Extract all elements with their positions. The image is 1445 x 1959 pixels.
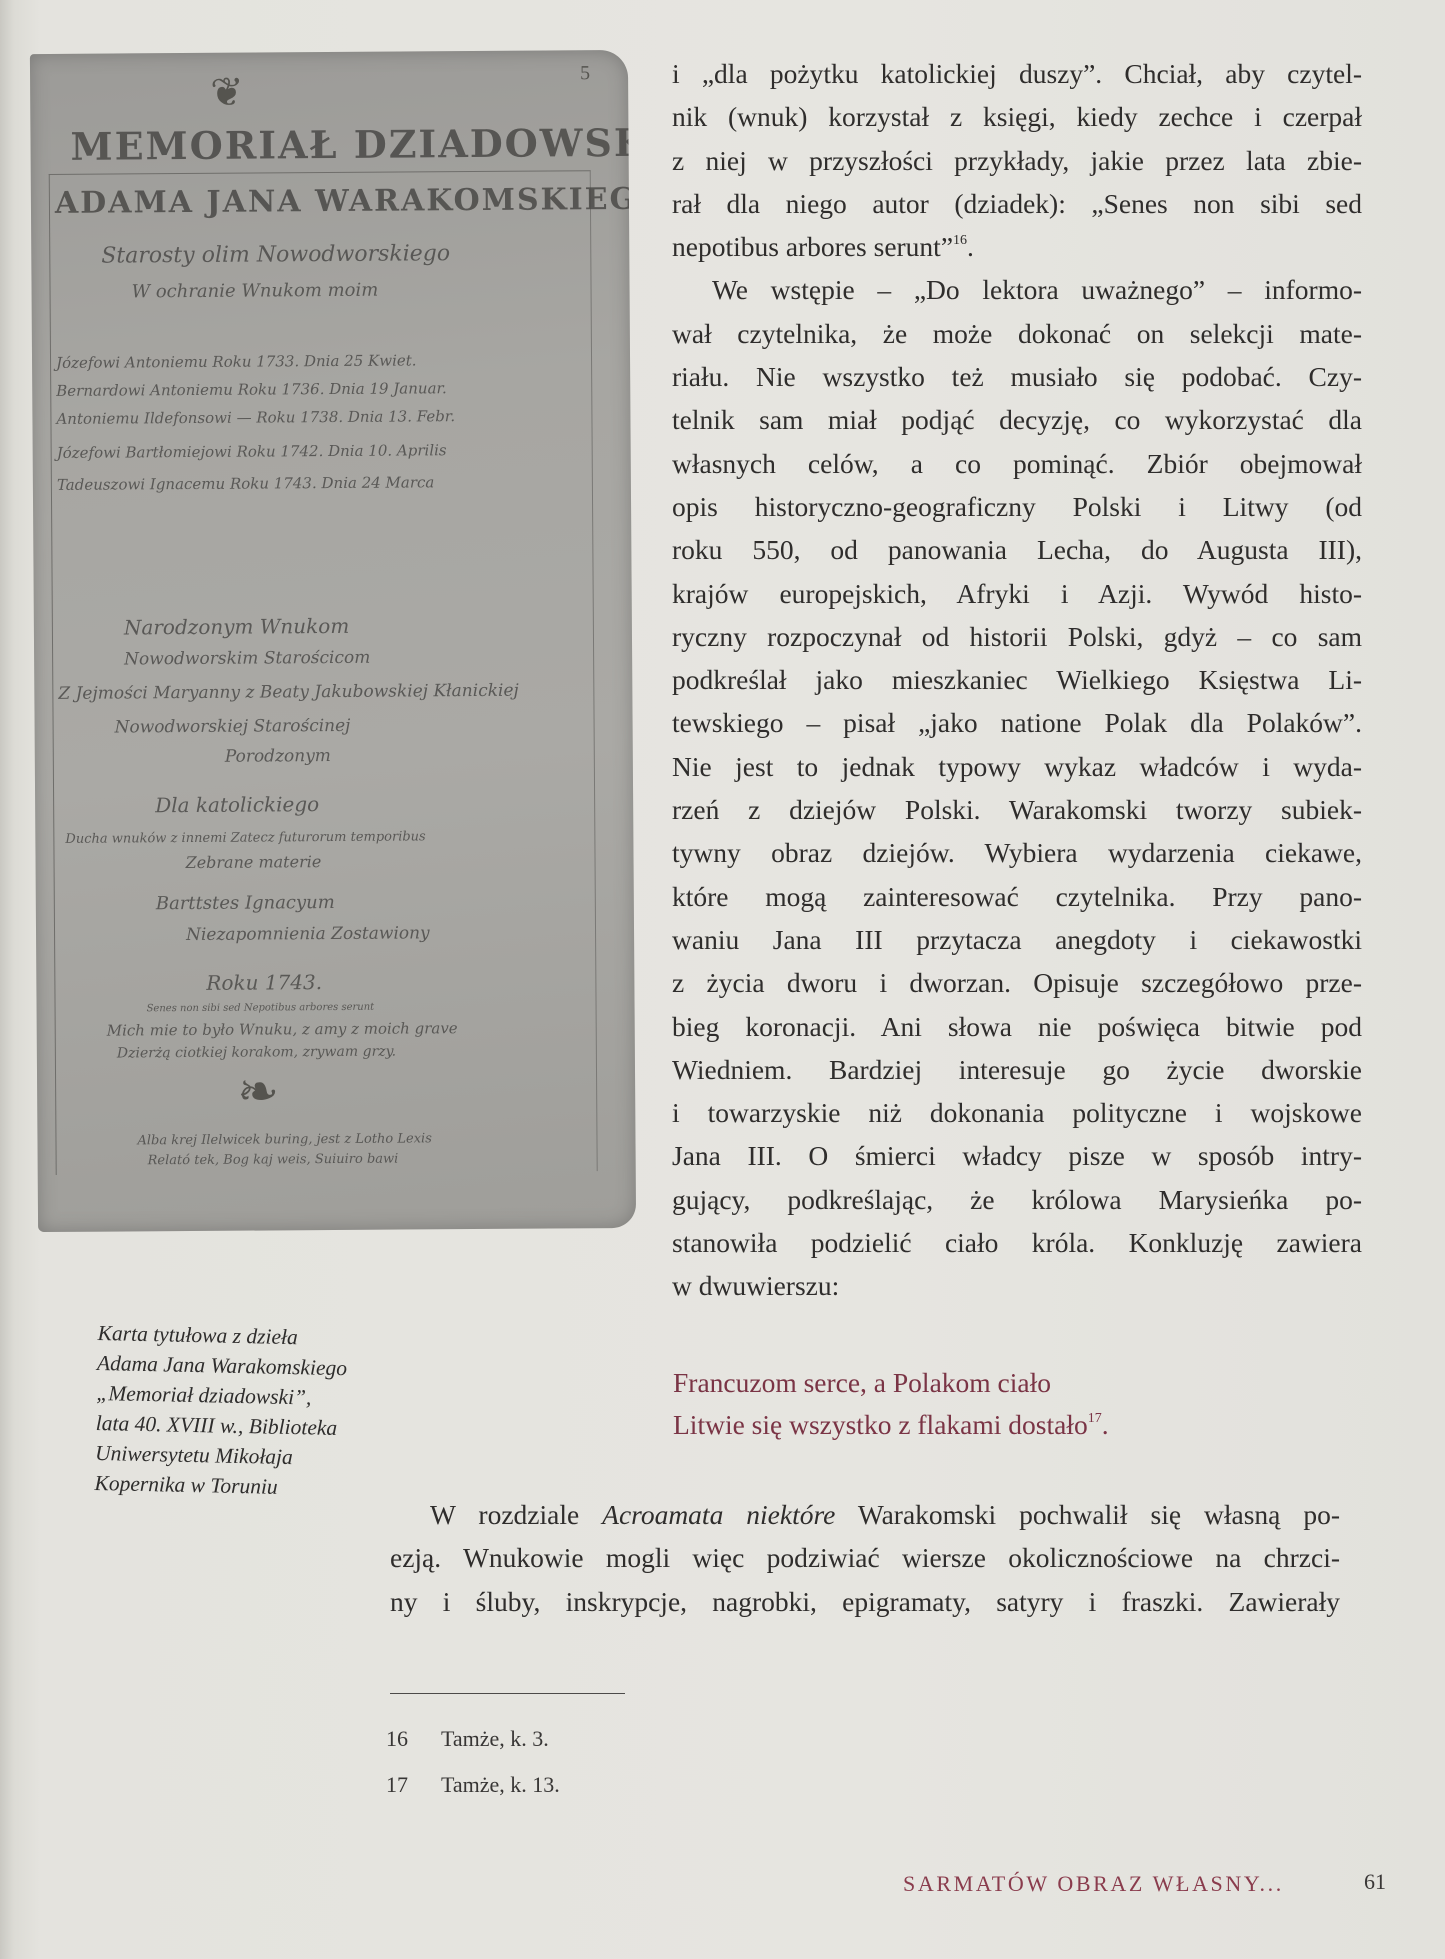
ms-line: Józefowi Antoniemu Roku 1733. Dnia 25 Kw…: [56, 351, 417, 372]
ms-line: Józefowi Bartłomiejowi Roku 1742. Dnia 1…: [57, 441, 447, 462]
text-line: waniu Jana III przytacza anegdoty i ciek…: [672, 918, 1362, 961]
text-line: wał czytelnika, że może dokonać on selek…: [672, 312, 1362, 355]
paragraph-2: We wstępie – „Do lektora uważnego” – inf…: [672, 268, 1362, 1307]
text-line: z niej w przyszłości przykłady, jakie pr…: [672, 139, 1362, 182]
flourish-icon: ❧: [237, 1062, 279, 1120]
ms-line: Nowodworskiej Starościnej: [115, 716, 351, 738]
ms-line: Porodzonym: [225, 746, 331, 767]
ms-line: Zebrane materie: [185, 852, 321, 872]
text-line: ryczny rozpoczynał od historii Polski, g…: [672, 615, 1362, 658]
text-line: opis historyczno-geograficzny Polski i L…: [672, 485, 1362, 528]
verse-line-2: Litwie się wszystko z flakami dostało17.: [673, 1404, 1109, 1446]
text-line: We wstępie – „Do lektora uważnego” – inf…: [672, 268, 1362, 311]
text-line: tewskiego – pisał „jako natione Polak dl…: [672, 701, 1362, 744]
footnote-number: 17: [386, 1762, 441, 1808]
footnote-text: Tamże, k. 13.: [441, 1762, 560, 1808]
ms-line: Tadeuszowi Ignacemu Roku 1743. Dnia 24 M…: [57, 473, 435, 494]
text-line: nepotibus arbores serunt”16.: [672, 225, 1362, 268]
text-line: tywny obraz dziejów. Wybiera wydarzenia …: [672, 831, 1362, 874]
footnote-ref-16[interactable]: 16: [953, 233, 967, 248]
running-head: SARMATÓW OBRAZ WŁASNY...: [903, 1871, 1284, 1897]
text-line: i towarzyskie niż dokonania polityczne i…: [672, 1091, 1362, 1134]
text-line: podkreślał jako mieszkaniec Wielkiego Ks…: [672, 658, 1362, 701]
folio-mark: 5: [580, 62, 590, 85]
text-line: które mogą zainteresować czytelnika. Prz…: [672, 875, 1362, 918]
ms-line: Bernardowi Antoniemu Roku 1736. Dnia 19 …: [56, 379, 447, 400]
text-line: Nie jest to jednak typowy wykaz władców …: [672, 745, 1362, 788]
text-line: w dwuwierszu:: [672, 1264, 1362, 1307]
text-line: ny i śluby, inskrypcje, nagrobki, epigra…: [390, 1580, 1340, 1623]
ms-line: Dzierżą ciotkiej korakom, zrywam grzy.: [117, 1044, 396, 1062]
ms-line: Senes non sibi sed Nepotibus arbores ser…: [147, 1002, 375, 1015]
text-line: nik (wnuk) korzystał z księgi, kiedy zec…: [672, 95, 1362, 138]
text-line: bieg koronacji. Ani słowa nie poświęca b…: [672, 1005, 1362, 1048]
text-fragment: .: [967, 231, 974, 262]
footnote-number: 16: [386, 1716, 441, 1762]
ms-line: Antoniemu Ildefonsowi — Roku 1738. Dnia …: [56, 407, 455, 428]
footnote-divider: [390, 1693, 625, 1694]
ms-line: W ochranie Wnukom moim: [131, 280, 378, 303]
ms-line: MEMORIAŁ DZIADOWSKI: [70, 120, 636, 169]
page-number: 61: [1364, 1869, 1386, 1895]
ms-line: Narodzonym Wnukom: [124, 614, 350, 640]
footnotes: 16 Tamże, k. 3. 17 Tamże, k. 13.: [386, 1716, 560, 1808]
ms-line: Mich mie to było Wnuku, z amy z moich gr…: [107, 1019, 458, 1039]
text-fragment: W rozdziale: [430, 1499, 602, 1530]
text-line: i „dla pożytku katolickiej duszy”. Chcia…: [672, 52, 1362, 95]
caption-line: Kopernika w Toruniu: [94, 1468, 395, 1504]
text-line: stanowiła podzielić ciało króla. Konkluz…: [672, 1221, 1362, 1264]
paragraph-1: i „dla pożytku katolickiej duszy”. Chcia…: [672, 52, 1362, 268]
text-line: krajów europejskich, Afryki i Azji. Wywó…: [672, 572, 1362, 615]
couplet: Francuzom serce, a Polakom ciało Litwie …: [673, 1362, 1109, 1446]
body-column: i „dla pożytku katolickiej duszy”. Chcia…: [672, 52, 1362, 1308]
text-line: W rozdziale Acroamata niektóre Warakomsk…: [390, 1493, 1340, 1536]
footnote-16: 16 Tamże, k. 3.: [386, 1716, 560, 1762]
ms-line: Relató tek, Bog kaj weis, Suiuiro bawi: [148, 1152, 399, 1169]
text-line: roku 550, od panowania Lecha, do Augusta…: [672, 528, 1362, 571]
ms-line: Starosty olim Nowodworskiego: [101, 241, 450, 268]
text-line: ezją. Wnukowie mogli więc podziwiać wier…: [390, 1536, 1340, 1579]
text-line: Jana III. O śmierci władcy pisze w sposó…: [672, 1134, 1362, 1177]
ms-line: Ducha wnuków z innemi Zatecz futurorum t…: [65, 829, 425, 847]
ms-line: Z Jejmości Maryanny z Beaty Jakubowskiej…: [58, 681, 519, 704]
verse-line-1: Francuzom serce, a Polakom ciało: [673, 1362, 1109, 1404]
figure-caption: Karta tytułowa z dzieła Adama Jana Warak…: [94, 1318, 398, 1504]
text-fragment: nepotibus arbores serunt”: [672, 231, 953, 262]
text-line: rzeń z dziejów Polski. Warakomski tworzy…: [672, 788, 1362, 831]
chapter-title-italic: Acroamata niektóre: [602, 1499, 835, 1530]
ms-line: Niezapomnienia Zostawiony: [186, 923, 430, 945]
text-fragment: .: [1102, 1409, 1109, 1440]
ornament-icon: ❦: [210, 69, 244, 116]
text-line: Wiedniem. Bardziej interesuje go życie d…: [672, 1048, 1362, 1091]
paragraph-3: W rozdziale Acroamata niektóre Warakomsk…: [390, 1493, 1340, 1623]
manuscript-figure: 5 ❦ MEMORIAŁ DZIADOWSKI ADAMA JANA WARAK…: [30, 50, 636, 1232]
text-fragment: Litwie się wszystko z flakami dostało: [673, 1409, 1088, 1440]
ms-line: Alba krej Ilelwicek buring, jest z Lotho…: [137, 1131, 431, 1148]
footnote-ref-17[interactable]: 17: [1088, 1411, 1102, 1426]
ms-line: ADAMA JANA WARAKOMSKIEGO: [55, 182, 636, 221]
text-line: gujący, podkreślając, że królowa Marysie…: [672, 1178, 1362, 1221]
text-fragment: Warakomski pochwalił się własną po-: [835, 1499, 1340, 1530]
ms-line: Barttstes Ignacyum: [156, 892, 335, 914]
ms-line: Roku 1743.: [206, 970, 322, 995]
footnote-text: Tamże, k. 3.: [441, 1716, 549, 1762]
text-line: z życia dworu i dworzan. Opisuje szczegó…: [672, 961, 1362, 1004]
footnote-17: 17 Tamże, k. 13.: [386, 1762, 560, 1808]
ms-line: Nowodworskim Starościcom: [124, 648, 370, 670]
text-line: riału. Nie wszystko też musiało się podo…: [672, 355, 1362, 398]
text-line: telnik sam miał podjąć decyzję, co wykor…: [672, 398, 1362, 441]
text-line: rał dla niego autor (dziadek): „Senes no…: [672, 182, 1362, 225]
text-line: własnych celów, a co pominąć. Zbiór obej…: [672, 442, 1362, 485]
ms-line: Dla katolickiego: [155, 792, 319, 817]
